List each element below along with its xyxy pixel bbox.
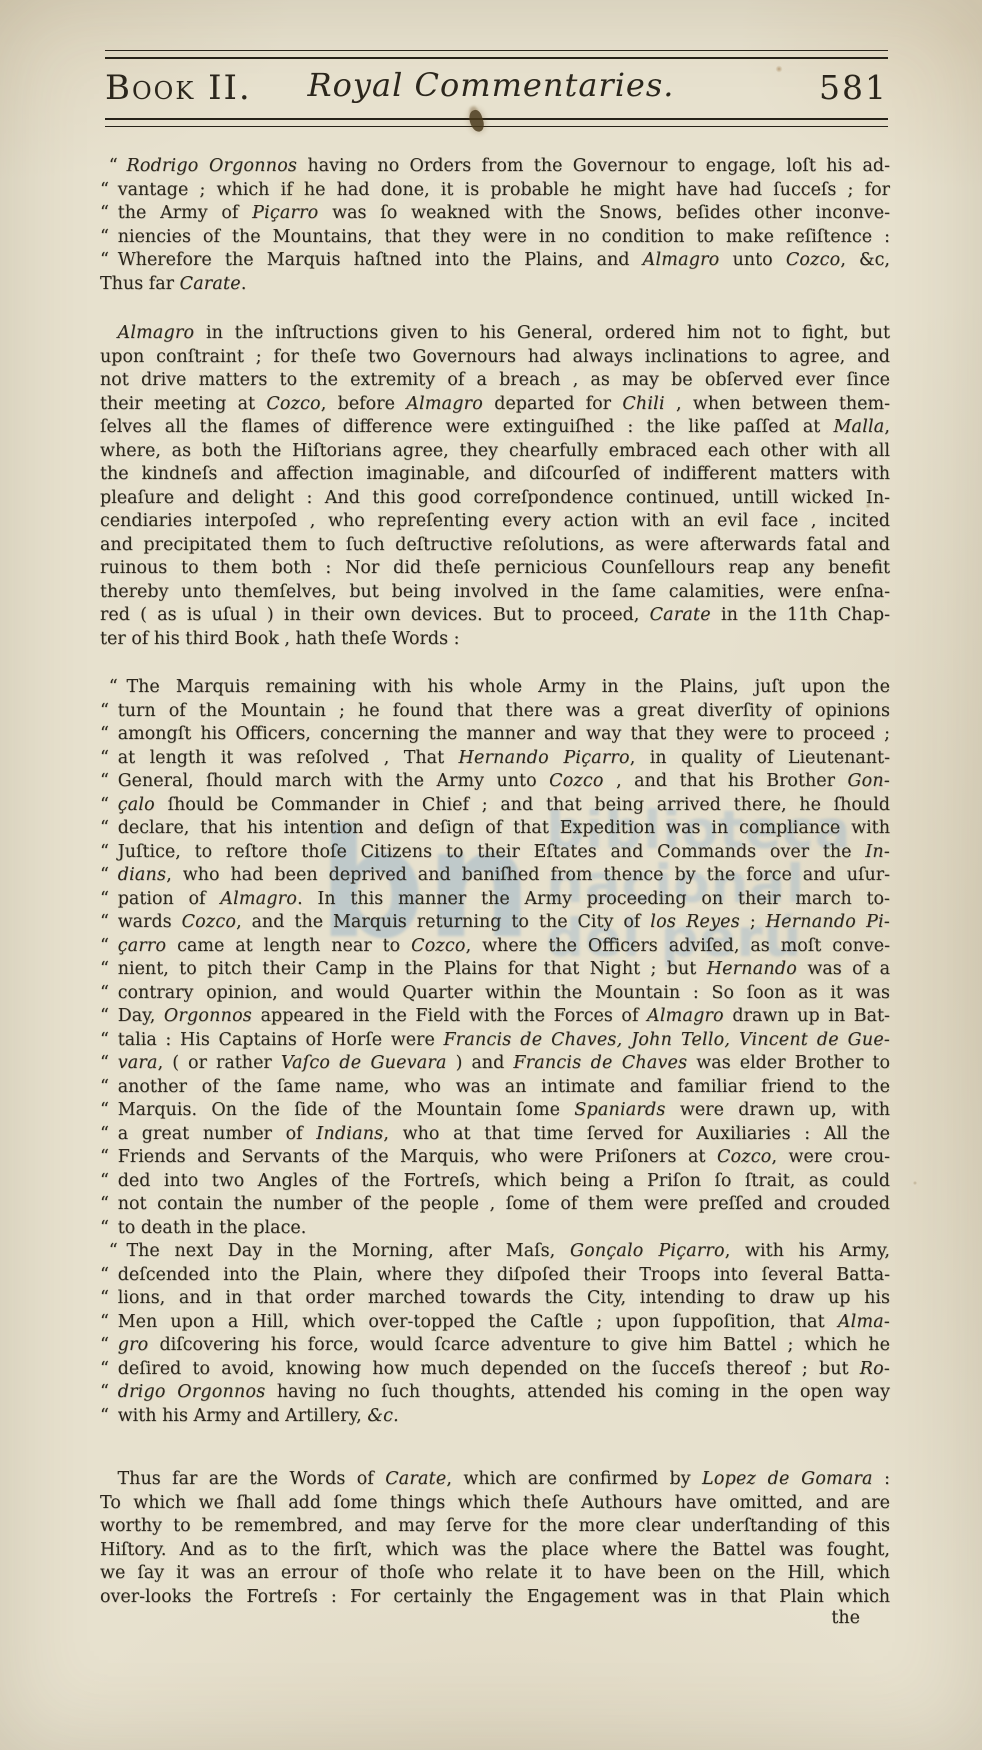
text-line: “ not contain the number of the people ,… [100, 1193, 890, 1217]
text-line: “ Marquis. On the ſide of the Mountain ſ… [100, 1099, 890, 1123]
text-line: Thus far Carate. [100, 273, 890, 297]
text-line: pleaſure and delight : And this good cor… [100, 487, 890, 511]
text-line: “ Wherefore the Marquis haſtned into the… [100, 249, 890, 273]
narrative-paragraph-conclusion: Thus far are the Words of Carate, which … [100, 1468, 890, 1609]
text-line: “ at length it was reſolved , That Herna… [100, 747, 890, 771]
running-title: Royal Commentaries. [308, 66, 675, 104]
page-number: 581 [819, 68, 888, 107]
book-label: Book II. [105, 68, 252, 108]
text-line: “ The next Day in the Morning, after Maſ… [100, 1240, 890, 1264]
text-line: “ with his Army and Artillery, &c. [100, 1405, 890, 1429]
text-line: “ vantage ; which if he had done, it is … [100, 179, 890, 203]
text-line: “ talia : His Captains of Horſe were Fra… [100, 1029, 890, 1053]
text-line: where, as both the Hiſtorians agree, the… [100, 440, 890, 464]
text-line: over-looks the Fortreſs : For certainly … [100, 1586, 890, 1610]
text-line: cendiaries interpoſed , who repreſenting… [100, 510, 890, 534]
text-line: “ General, ſhould march with the Army un… [100, 770, 890, 794]
text-line: “ çalo ſhould be Commander in Chief ; an… [100, 794, 890, 818]
book-page-scan: bn biblioteca nacional del perú Book II.… [0, 0, 982, 1750]
narrative-paragraph-almagro: Almagro in the inſtructions given to his… [100, 322, 890, 651]
text-line: “ the Army of Piçarro was ſo weakned wit… [100, 202, 890, 226]
text-line: worthy to be remembred, and may ſerve fo… [100, 1515, 890, 1539]
text-line: “ amongſt his Officers, concerning the m… [100, 723, 890, 747]
quoted-passage-carate-intro: “ Rodrigo Orgonnos having no Orders from… [100, 155, 890, 296]
text-line: “ Day, Orgonnos appeared in the Field wi… [100, 1005, 890, 1029]
text-line: “ nient, to pitch their Camp in the Plai… [100, 958, 890, 982]
text-line: ſelves all the flames of difference were… [100, 416, 890, 440]
text-line: “ dians, who had been deprived and baniſ… [100, 864, 890, 888]
text-line: “ a great number of Indians, who at that… [100, 1123, 890, 1147]
text-line: not drive matters to the extremity of a … [100, 369, 890, 393]
text-line: “ deſired to avoid, knowing how much dep… [100, 1358, 890, 1382]
text-line: Thus far are the Words of Carate, which … [100, 1468, 890, 1492]
text-line: “ Men upon a Hill, which over-topped the… [100, 1311, 890, 1335]
text-line: “ çarro came at length near to Cozco, wh… [100, 935, 890, 959]
text-line: we ſay it was an errour of thoſe who rel… [100, 1562, 890, 1586]
text-line: “ wards Cozco, and the Marquis returning… [100, 911, 890, 935]
text-line: “ deſcended into the Plain, where they d… [100, 1264, 890, 1288]
text-line: “ turn of the Mountain ; he found that t… [100, 700, 890, 724]
text-line: “ pation of Almagro. In this manner the … [100, 888, 890, 912]
text-line: “ contrary opinion, and would Quarter wi… [100, 982, 890, 1006]
text-line: thereby unto themſelves, but being invol… [100, 581, 890, 605]
text-line: ter of his third Book , hath theſe Words… [100, 628, 890, 652]
text-line: Almagro in the inſtructions given to his… [100, 322, 890, 346]
text-line: To which we ſhall add ſome things which … [100, 1492, 890, 1516]
text-line: “ declare, that his intention and deſign… [100, 817, 890, 841]
text-line: red ( as is uſual ) in their own devices… [100, 604, 890, 628]
text-line: ruinous to them both : Nor did theſe per… [100, 557, 890, 581]
header-rule-bottom [105, 118, 888, 127]
text-line: “ Rodrigo Orgonnos having no Orders from… [100, 155, 890, 179]
text-line: “ Friends and Servants of the Marquis, w… [100, 1146, 890, 1170]
running-header: Book II. Royal Commentaries. 581 [0, 62, 982, 114]
text-line: “ vara, ( or rather Vaſco de Guevara ) a… [100, 1052, 890, 1076]
text-line: “ to death in the place. [100, 1217, 890, 1241]
text-line: “ The Marquis remaining with his whole A… [100, 676, 890, 700]
text-line: “ Juſtice, to reſtore thoſe Citizens to … [100, 841, 890, 865]
catchword: the [831, 1608, 860, 1628]
text-line: and precipitated them to ſuch deſtructiv… [100, 534, 890, 558]
text-line: “ niencies of the Mountains, that they w… [100, 226, 890, 250]
text-line: their meeting at Cozco, before Almagro d… [100, 393, 890, 417]
text-line: “ ded into two Angles of the Fortreſs, w… [100, 1170, 890, 1194]
text-line: “ drigo Orgonnos having no ſuch thoughts… [100, 1381, 890, 1405]
text-line: “ another of the ſame name, who was an i… [100, 1076, 890, 1100]
quoted-passage-carate-chapter11: “ The Marquis remaining with his whole A… [100, 676, 890, 1428]
text-line: Hiſtory. And as to the firſt, which was … [100, 1539, 890, 1563]
header-rule-top [105, 50, 888, 59]
text-line: “ lions, and in that order marched towar… [100, 1287, 890, 1311]
text-line: “ gro diſcovering his force, would ſcarc… [100, 1334, 890, 1358]
text-line: the kindneſs and affection imaginable, a… [100, 463, 890, 487]
text-line: upon conſtraint ; for theſe two Governou… [100, 346, 890, 370]
